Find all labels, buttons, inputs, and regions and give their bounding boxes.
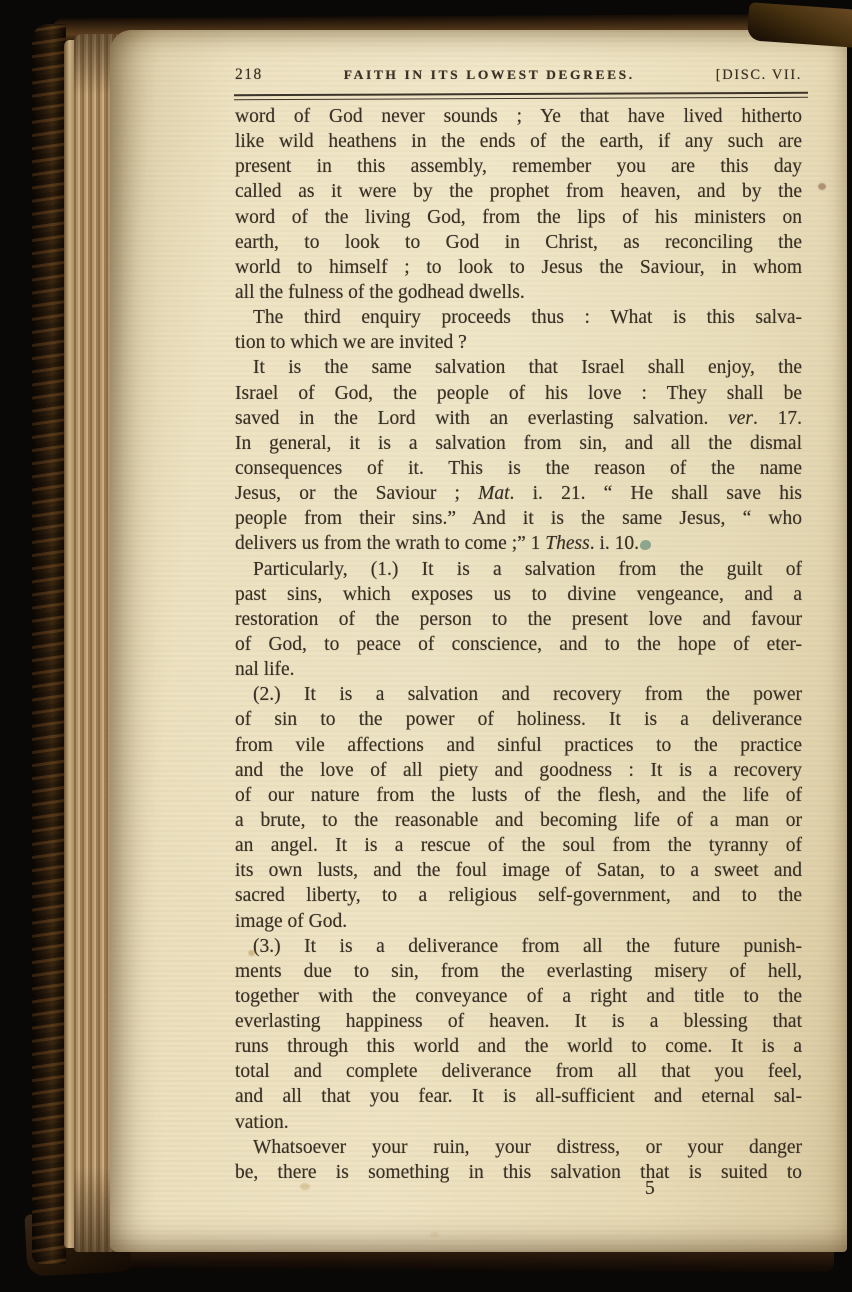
text-line: The third enquiry proceeds thus : What i…	[235, 305, 802, 330]
text-line: everlasting happiness of heaven. It is a…	[235, 1009, 802, 1034]
text-line: Israel of God, the people of his love : …	[235, 381, 802, 406]
text-line: called as it were by the prophet from he…	[235, 179, 802, 204]
text-line: earth, to look to God in Christ, as reco…	[235, 230, 802, 255]
text-line: delivers us from the wrath to come ;” 1 …	[235, 531, 802, 556]
book-spine	[32, 24, 66, 1264]
text-line: together with the conveyance of a right …	[235, 984, 802, 1009]
text-line: of God, to peace of conscience, and to t…	[235, 632, 802, 657]
text-line: past sins, which exposes us to divine ve…	[235, 582, 802, 607]
foxing-spot	[430, 1232, 439, 1238]
text-line: In general, it is a salvation from sin, …	[235, 431, 802, 456]
ink-fleck	[640, 540, 651, 550]
text-line: an angel. It is a rescue of the soul fro…	[235, 833, 802, 858]
text-line: of sin to the power of holiness. It is a…	[235, 707, 802, 732]
text-line: sacred liberty, to a religious self-gove…	[235, 883, 802, 908]
text-line: of our nature from the lusts of the fles…	[235, 783, 802, 808]
signature-mark: 5	[645, 1178, 655, 1200]
text-line: its own lusts, and the foul image of Sat…	[235, 858, 802, 883]
text-line: (3.) It is a deliverance from all the fu…	[235, 934, 802, 959]
text-line: tion to which we are invited ?	[235, 330, 802, 355]
text-line: people from their sins.” And it is the s…	[235, 506, 802, 531]
text-line: be, there is something in this salvation…	[235, 1160, 802, 1185]
text-line: (2.) It is a salvation and recovery from…	[235, 682, 802, 707]
text-line: a brute, to the reasonable and becoming …	[235, 808, 802, 833]
text-line: nal life.	[235, 657, 802, 682]
text-line: word of God never sounds ; Ye that have …	[235, 104, 802, 129]
text-line: present in this assembly, remember you a…	[235, 154, 802, 179]
text-line: and the love of all piety and goodness :…	[235, 758, 802, 783]
text-line: It is the same salvation that Israel sha…	[235, 355, 802, 380]
text-line: Particularly, (1.) It is a salvation fro…	[235, 557, 802, 582]
text-line: from vile affections and sinful practice…	[235, 733, 802, 758]
text-line: Whatsoever your ruin, your distress, or …	[235, 1135, 802, 1160]
text-line: all the fulness of the godhead dwells.	[235, 280, 802, 305]
text-line: runs through this world and the world to…	[235, 1034, 802, 1059]
text-line: and all that you fear. It is all-suffici…	[235, 1084, 802, 1109]
text-line: total and complete deliverance from all …	[235, 1059, 802, 1084]
text-line: restoration of the person to the present…	[235, 607, 802, 632]
foxing-spot	[248, 950, 255, 956]
text-line: ments due to sin, from the everlasting m…	[235, 959, 802, 984]
text-line: saved in the Lord with an everlasting sa…	[235, 406, 802, 431]
text-line: vation.	[235, 1110, 802, 1135]
text-line: like wild heathens in the ends of the ea…	[235, 129, 802, 154]
text-line: image of God.	[235, 909, 802, 934]
book-scan: 218 FAITH IN ITS LOWEST DEGREES. [DISC. …	[0, 0, 852, 1292]
page-header: 218 FAITH IN ITS LOWEST DEGREES. [DISC. …	[235, 66, 802, 84]
discourse-label: [DISC. VII.	[716, 67, 802, 84]
text-line: consequences of it. This is the reason o…	[235, 456, 802, 481]
body-text: word of God never sounds ; Ye that have …	[235, 104, 802, 1185]
book-corner-top-right	[747, 2, 852, 48]
page-number: 218	[235, 66, 263, 84]
text-line: world to himself ; to look to Jesus the …	[235, 255, 802, 280]
foxing-spot	[818, 183, 826, 190]
text-line: Jesus, or the Saviour ; Mat. i. 21. “ He…	[235, 481, 802, 506]
foxing-spot	[300, 1183, 310, 1190]
running-title: FAITH IN ITS LOWEST DEGREES.	[344, 67, 635, 82]
text-line: word of the living God, from the lips of…	[235, 205, 802, 230]
